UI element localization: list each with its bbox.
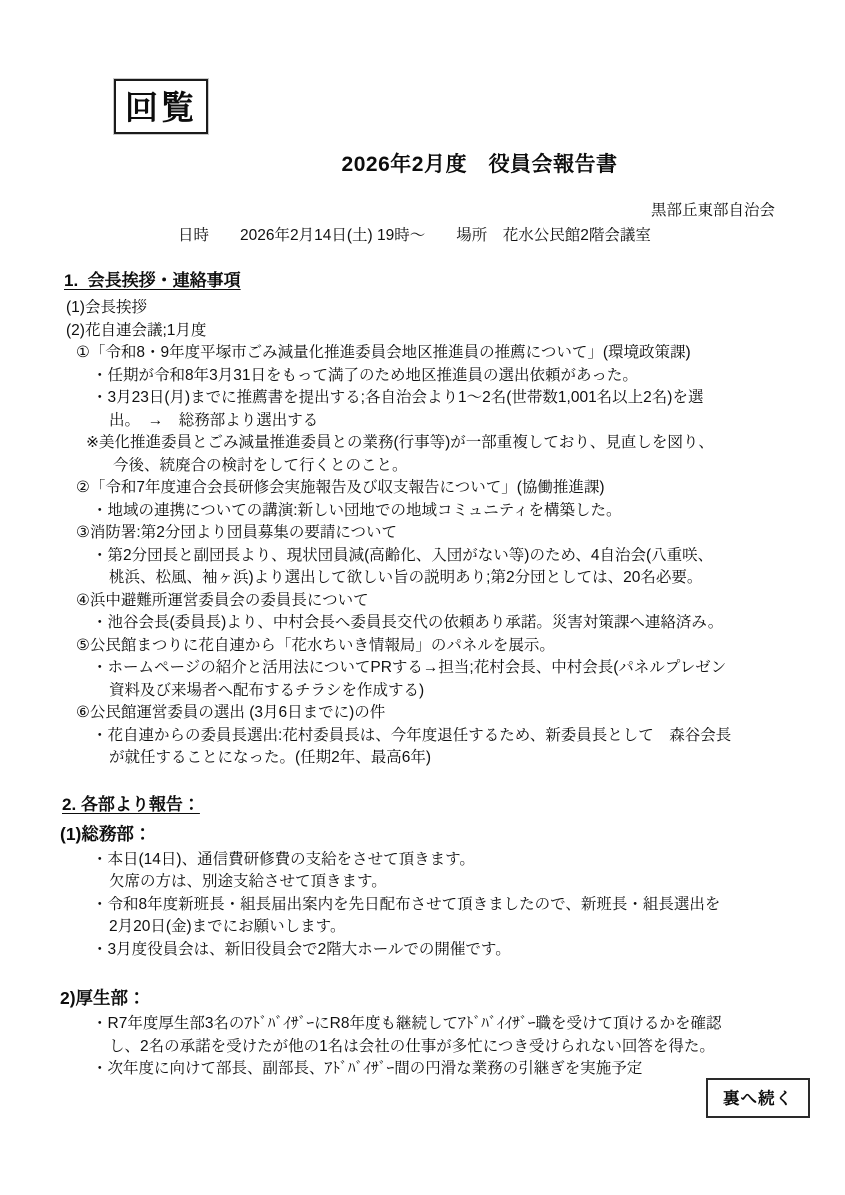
document-line: ・3月23日(月)までに推薦書を提出する;各自治会より1～2名(世帯数1,001… — [92, 387, 845, 410]
document-line: ・池谷会長(委員長)より、中村会長へ委員長交代の依頼あり承諾。災害対策課へ連絡済… — [92, 612, 845, 635]
continue-label: 裏へ続く — [723, 1090, 793, 1108]
document-line: 1. 会長挨拶・連絡事項 — [64, 268, 845, 294]
document-line: ・3月度役員会は、新旧役員会で2階大ホールでの開催です。 — [92, 939, 845, 962]
document-line: ・R7年度厚生部3名のｱﾄﾞﾊﾞｲｻﾞｰにR8年度も継続してｱﾄﾞﾊﾞｲｲｻﾞｰ… — [92, 1013, 845, 1036]
document-line: ・ホームページの紹介と活用法についてPRする→担当;花村会長、中村会長(パネルプ… — [92, 657, 845, 680]
document-line: ・花自連からの委員長選出:花村委員長は、今年度退任するため、新委員長として 森谷… — [92, 725, 845, 748]
document-body: 1. 会長挨拶・連絡事項(1)会長挨拶(2)花自連会議;1月度①「令和8・9年度… — [0, 268, 845, 1081]
document-line: 2. 各部より報告： — [62, 792, 845, 818]
document-line: ※美化推進委員とごみ減量推進委員との業務(行事等)が一部重複しており、見直しを図… — [86, 432, 845, 455]
document-line: (1)会長挨拶 — [66, 297, 845, 320]
document-page: 回覧 2026年2月度 役員会報告書 黒部丘東部自治会 日時 2026年2月14… — [0, 0, 845, 1195]
circulation-stamp: 回覧 — [114, 79, 208, 134]
document-line: が就任することになった。(任期2年、最高6年) — [109, 747, 845, 770]
document-line: し、2名の承諾を受けたが他の1名は会社の仕事が多忙につき受けられない回答を得た。 — [109, 1036, 845, 1059]
document-line: ④浜中避難所運営委員会の委員長について — [76, 590, 845, 613]
organization-name: 黒部丘東部自治会 — [651, 198, 775, 220]
document-line: ③消防署:第2分団より団員募集の要請について — [76, 522, 845, 545]
document-line: 2月20日(金)までにお願いします。 — [109, 916, 845, 939]
continue-box: 裏へ続く — [706, 1078, 810, 1118]
document-line: 出。 → 総務部より選出する — [109, 410, 845, 433]
page-title: 2026年2月度 役員会報告書 — [57, 148, 845, 178]
document-line: ・任期が令和8年3月31日をもって満了のため地区推進員の選出依頼があった。 — [92, 365, 845, 388]
document-line: 資料及び来場者へ配布するチラシを作成する) — [109, 680, 845, 703]
document-line: ・第2分団長と副団長より、現状団員減(高齢化、入団がない等)のため、4自治会(八… — [92, 545, 845, 568]
meeting-info: 日時 2026年2月14日(土) 19時～ 場所 花水公民館2階会議室 — [178, 223, 651, 245]
document-line: ①「令和8・9年度平塚市ごみ減量化推進委員会地区推進員の推薦について」(環境政策… — [76, 342, 845, 365]
document-line: ・本日(14日)、通信費研修費の支給をさせて頂きます。 — [92, 849, 845, 872]
document-line: ・令和8年度新班長・組長届出案内を先日配布させて頂きましたので、新班長・組長選出… — [92, 894, 845, 917]
document-line: 2)厚生部： — [60, 985, 845, 1011]
document-line: 今後、統廃合の検討をして行くとのこと。 — [113, 455, 845, 478]
document-line: ②「令和7年度連合会長研修会実施報告及び収支報告について」(協働推進課) — [76, 477, 845, 500]
document-line: ⑥公民館運営委員の選出 (3月6日までに)の件 — [76, 702, 845, 725]
document-line: ・地域の連携についての講演:新しい団地での地域コミュニティを構築した。 — [92, 500, 845, 523]
circulation-stamp-label: 回覧 — [125, 89, 197, 126]
document-line: ⑤公民館まつりに花自連から「花水ちいき情報局」のパネルを展示。 — [76, 635, 845, 658]
document-line: 桃浜、松風、袖ヶ浜)より選出して欲しい旨の説明あり;第2分団としては、20名必要… — [109, 567, 845, 590]
document-line: (2)花自連会議;1月度 — [66, 320, 845, 343]
document-line: (1)総務部： — [60, 821, 845, 847]
document-line: 欠席の方は、別途支給させて頂きます。 — [109, 871, 845, 894]
